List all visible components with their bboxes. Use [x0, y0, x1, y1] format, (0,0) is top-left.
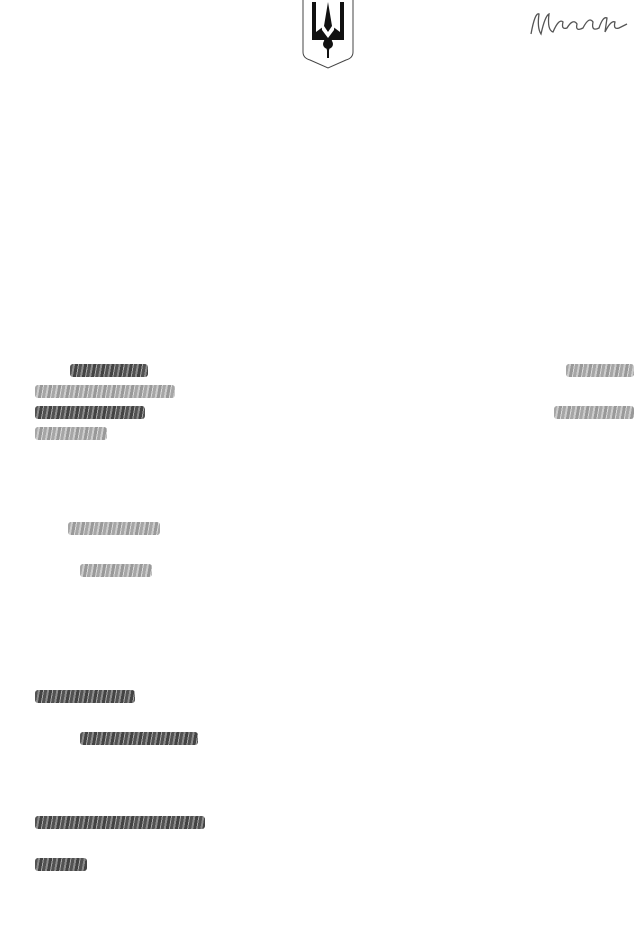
accused-line-2	[35, 382, 634, 403]
redacted-surname	[70, 364, 148, 377]
redacted-address	[554, 406, 634, 419]
redacted-street	[35, 816, 205, 829]
ukraine-trident-emblem	[300, 0, 356, 70]
accused-line-4	[35, 424, 107, 445]
paragraph-3-line-1	[80, 729, 634, 750]
redacted-region	[35, 385, 175, 398]
paragraph-1-line-1	[68, 519, 634, 540]
redacted-surname	[80, 564, 152, 577]
redacted-birthdate	[566, 364, 634, 377]
redacted-nickname	[35, 858, 87, 871]
redacted-name	[68, 522, 160, 535]
paragraph-2-line-1	[80, 561, 634, 582]
paragraph-3-line-5	[35, 813, 634, 834]
redacted-residence	[35, 427, 107, 440]
accused-line-3	[35, 403, 634, 424]
intro-date-court	[36, 193, 58, 214]
accused-line-1	[70, 361, 634, 382]
redacted-company	[35, 406, 145, 419]
paragraph-3-line-7	[35, 855, 634, 876]
paragraph-2-line-7	[35, 687, 634, 708]
redacted-surname	[80, 732, 198, 745]
handwritten-signature	[527, 8, 637, 38]
redacted-person	[35, 690, 135, 703]
